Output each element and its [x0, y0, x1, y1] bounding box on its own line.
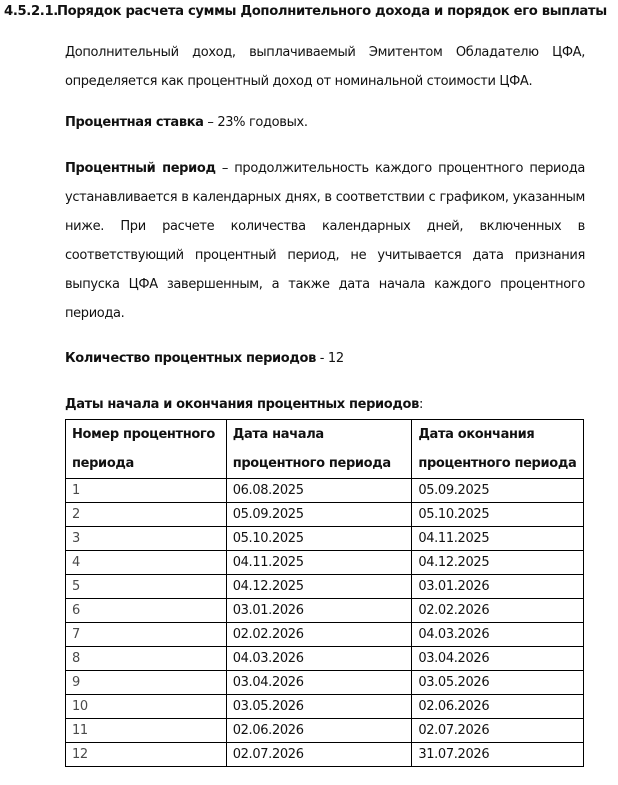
dates-caption-suffix: : [419, 397, 423, 412]
interest-rate-label: Процентная ставка [65, 115, 204, 130]
table-row: 305.10.202504.11.2025 [66, 527, 584, 551]
start-date-cell: 04.11.2025 [226, 551, 412, 575]
table-row: 1102.06.202602.07.2026 [66, 719, 584, 743]
end-date-cell: 02.06.2026 [412, 695, 584, 719]
header-start-date: Дата начала процентного периода [226, 420, 412, 479]
start-date-cell: 02.06.2026 [226, 719, 412, 743]
period-number-cell: 6 [66, 599, 227, 623]
interest-rate-value: – 23% годовых. [204, 115, 308, 130]
end-date-cell: 02.02.2026 [412, 599, 584, 623]
table-row: 1003.05.202602.06.2026 [66, 695, 584, 719]
section-number: 4.5.2.1. [4, 4, 57, 19]
period-number-cell: 7 [66, 623, 227, 647]
interest-period-paragraph: Процентный период – продолжительность ка… [65, 154, 585, 328]
table-header-row: Номер процентного периода Дата начала пр… [66, 420, 584, 479]
start-date-cell: 02.02.2026 [226, 623, 412, 647]
end-date-cell: 04.03.2026 [412, 623, 584, 647]
section-title: Порядок расчета суммы Дополнительного до… [57, 4, 607, 19]
end-date-cell: 05.10.2025 [412, 503, 584, 527]
start-date-cell: 03.05.2026 [226, 695, 412, 719]
dates-caption-label: Даты начала и окончания процентных перио… [65, 397, 419, 412]
table-row: 603.01.202602.02.2026 [66, 599, 584, 623]
start-date-cell: 04.03.2026 [226, 647, 412, 671]
dates-caption: Даты начала и окончания процентных перио… [65, 395, 423, 415]
interest-period-text: – продолжительность каждого процентного … [65, 161, 585, 321]
start-date-cell: 05.10.2025 [226, 527, 412, 551]
intro-paragraph: Дополнительный доход, выплачиваемый Эмит… [65, 38, 585, 96]
table-row: 205.09.202505.10.2025 [66, 503, 584, 527]
header-end-date: Дата окончания процентного периода [412, 420, 584, 479]
end-date-cell: 31.07.2026 [412, 743, 584, 767]
start-date-cell: 02.07.2026 [226, 743, 412, 767]
header-period-number: Номер процентного периода [66, 420, 227, 479]
period-number-cell: 5 [66, 575, 227, 599]
period-number-cell: 2 [66, 503, 227, 527]
end-date-cell: 05.09.2025 [412, 479, 584, 503]
interest-rate-line: Процентная ставка – 23% годовых. [65, 113, 308, 133]
table-row: 404.11.202504.12.2025 [66, 551, 584, 575]
period-number-cell: 10 [66, 695, 227, 719]
start-date-cell: 06.08.2025 [226, 479, 412, 503]
period-number-cell: 9 [66, 671, 227, 695]
end-date-cell: 04.11.2025 [412, 527, 584, 551]
section-heading: 4.5.2.1.Порядок расчета суммы Дополнител… [4, 4, 614, 19]
end-date-cell: 03.05.2026 [412, 671, 584, 695]
period-count-line: Количество процентных периодов - 12 [65, 349, 344, 369]
period-number-cell: 12 [66, 743, 227, 767]
table-row: 106.08.202505.09.2025 [66, 479, 584, 503]
end-date-cell: 04.12.2025 [412, 551, 584, 575]
period-number-cell: 8 [66, 647, 227, 671]
start-date-cell: 03.01.2026 [226, 599, 412, 623]
table-body: 106.08.202505.09.2025205.09.202505.10.20… [66, 479, 584, 767]
period-number-cell: 1 [66, 479, 227, 503]
interest-periods-table: Номер процентного периода Дата начала пр… [65, 419, 584, 767]
start-date-cell: 03.04.2026 [226, 671, 412, 695]
start-date-cell: 05.09.2025 [226, 503, 412, 527]
table-row: 804.03.202603.04.2026 [66, 647, 584, 671]
period-number-cell: 3 [66, 527, 227, 551]
end-date-cell: 02.07.2026 [412, 719, 584, 743]
period-number-cell: 4 [66, 551, 227, 575]
end-date-cell: 03.01.2026 [412, 575, 584, 599]
interest-period-label: Процентный период [65, 161, 216, 176]
period-number-cell: 11 [66, 719, 227, 743]
table-row: 903.04.202603.05.2026 [66, 671, 584, 695]
period-count-label: Количество процентных периодов [65, 351, 316, 366]
table-row: 1202.07.202631.07.2026 [66, 743, 584, 767]
table-row: 702.02.202604.03.2026 [66, 623, 584, 647]
table-row: 504.12.202503.01.2026 [66, 575, 584, 599]
period-count-value: - 12 [316, 351, 344, 366]
start-date-cell: 04.12.2025 [226, 575, 412, 599]
end-date-cell: 03.04.2026 [412, 647, 584, 671]
